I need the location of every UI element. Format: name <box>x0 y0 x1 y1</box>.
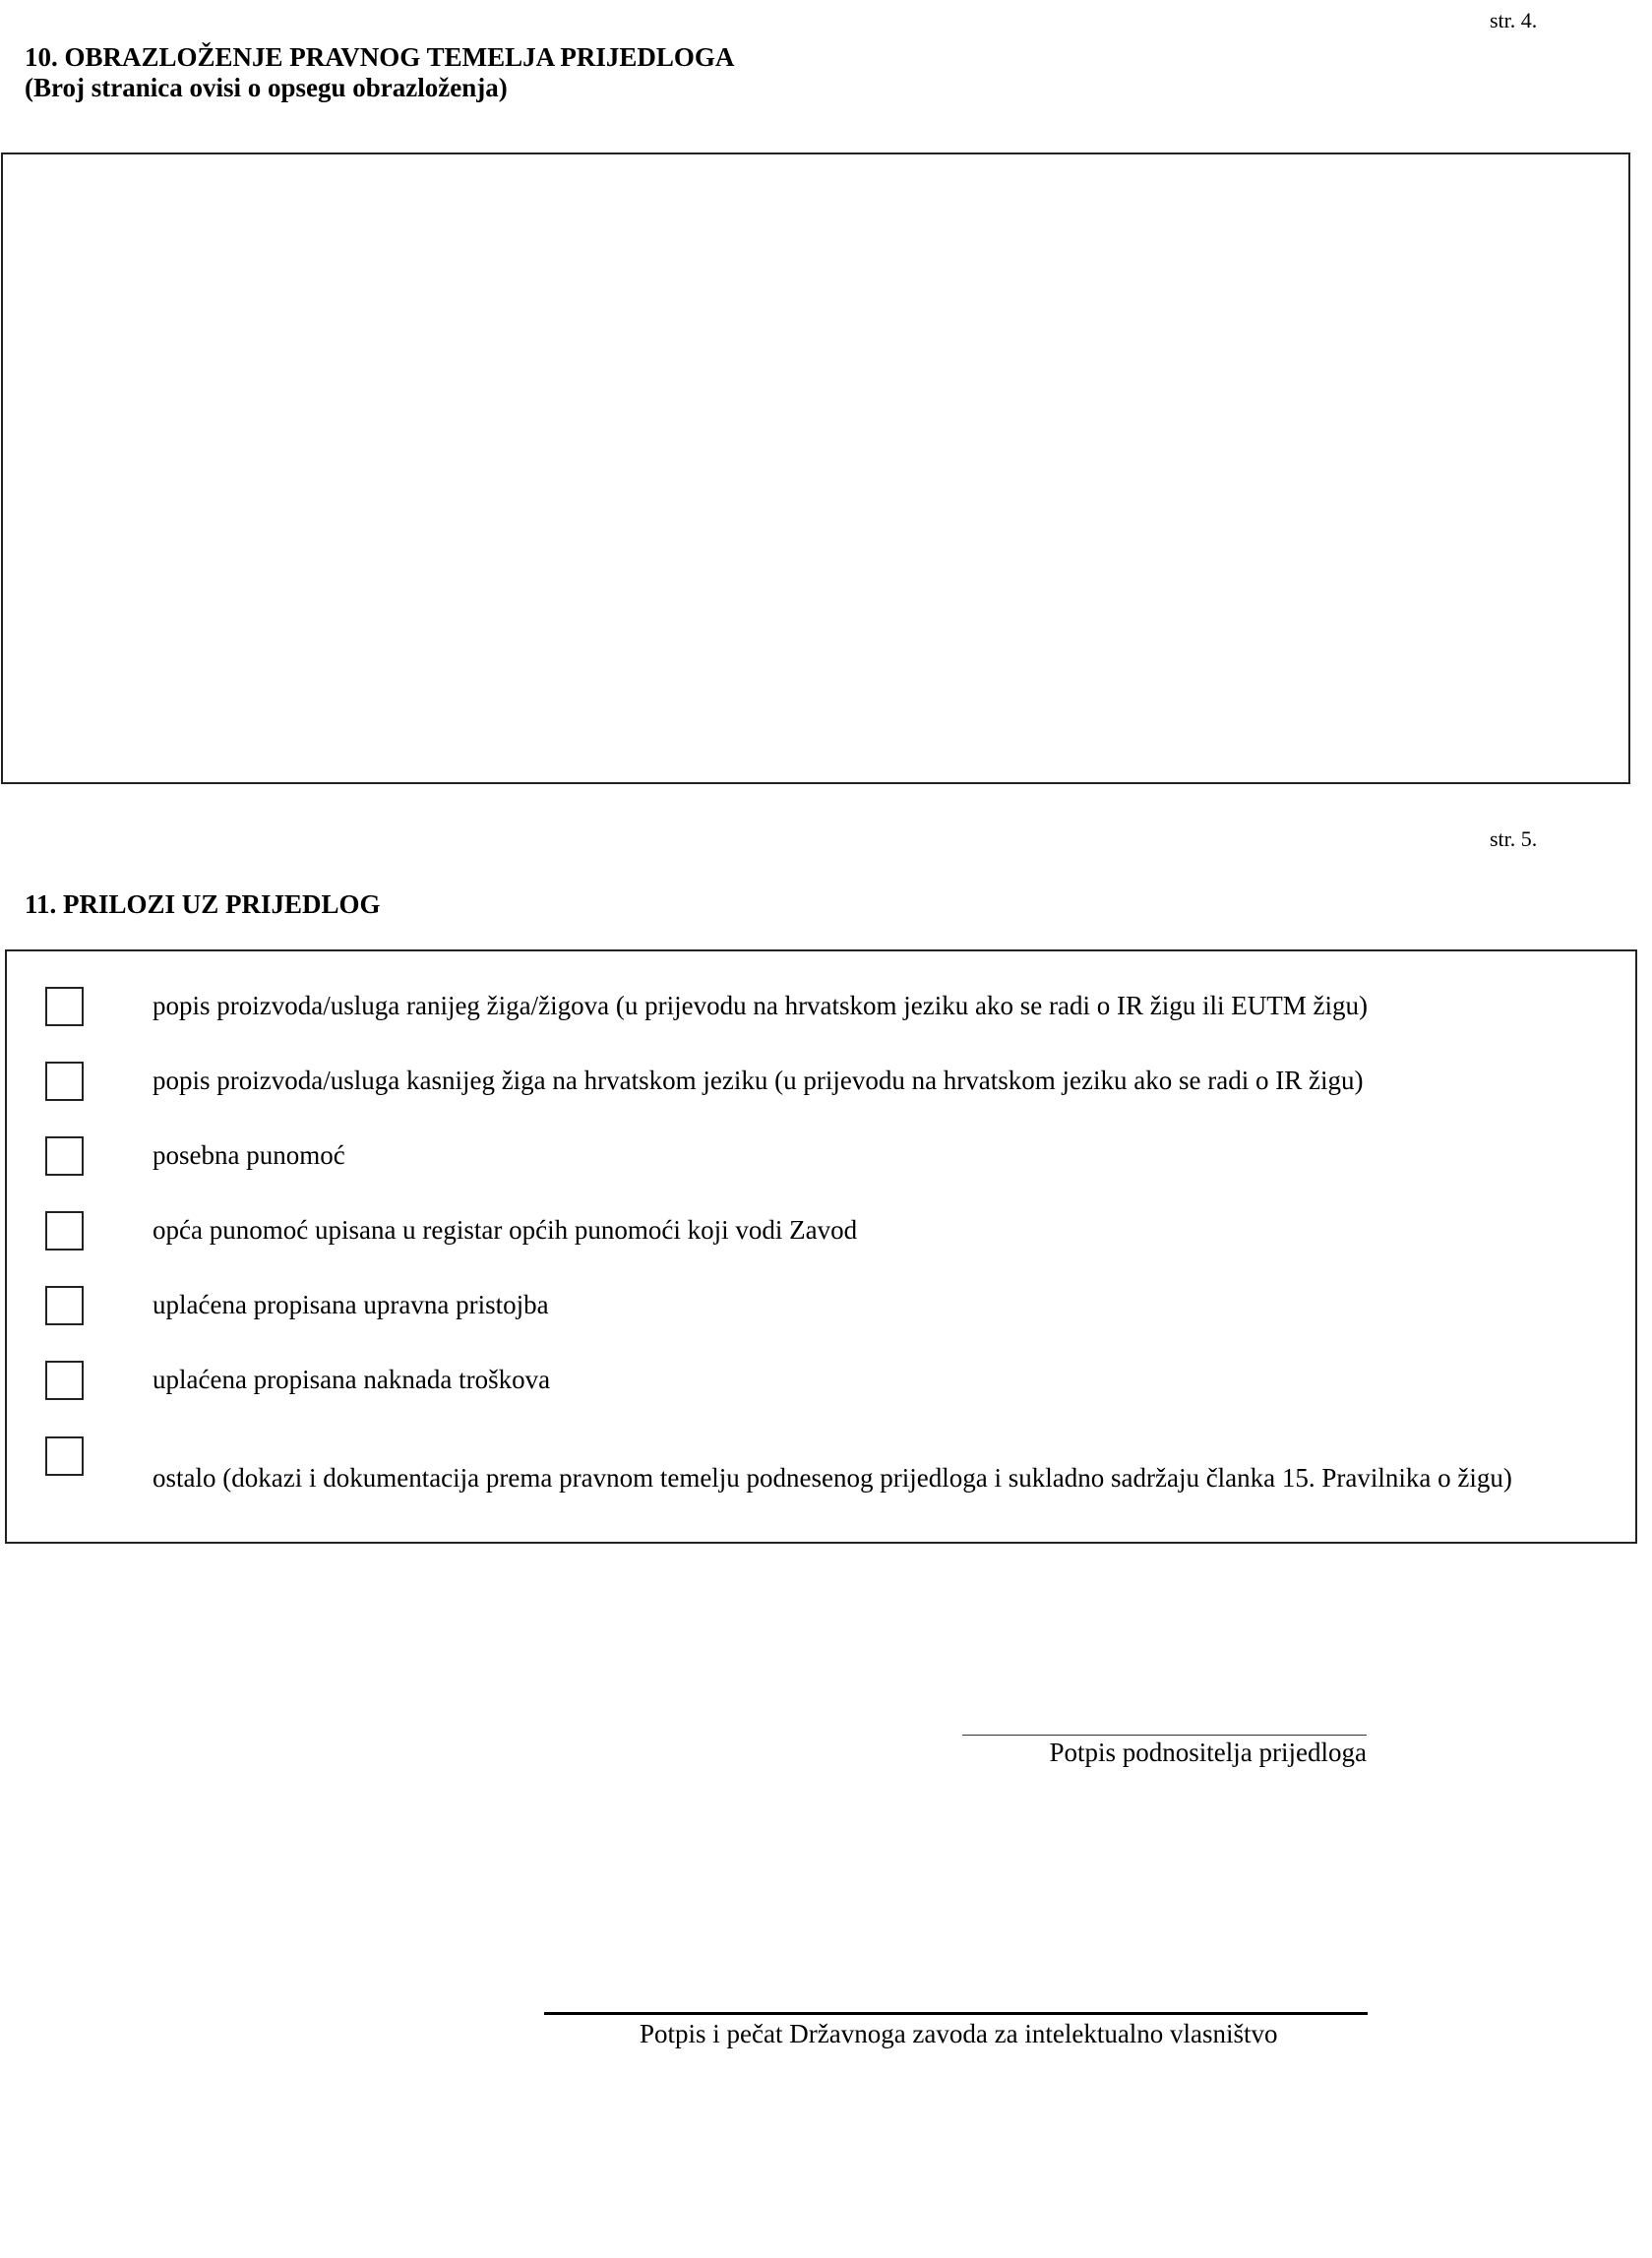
applicant-signature-label: Potpis podnositelja prijedloga <box>1050 1739 1367 1766</box>
page-number-5: str. 5. <box>1490 828 1537 850</box>
attachment-checkbox[interactable] <box>45 1286 84 1325</box>
attachment-label: uplaćena propisana upravna pristojba <box>153 1292 549 1318</box>
attachment-label: posebna punomoć <box>153 1142 345 1169</box>
office-signature-label: Potpis i pečat Državnoga zavoda za intel… <box>640 2021 1278 2047</box>
attachment-label: uplaćena propisana naknada troškova <box>153 1367 550 1393</box>
attachment-label: opća punomoć upisana u registar općih pu… <box>153 1217 857 1244</box>
attachment-checkbox[interactable] <box>45 1211 84 1251</box>
attachment-checkbox[interactable] <box>45 1062 84 1101</box>
office-signature-line[interactable] <box>544 2012 1368 2015</box>
section-10-subtitle: (Broj stranica ovisi o opsegu obrazložen… <box>25 75 508 101</box>
attachment-label: popis proizvoda/usluga ranijeg žiga/žigo… <box>153 993 1368 1019</box>
attachment-checkbox[interactable] <box>45 1436 84 1476</box>
attachment-label: popis proizvoda/usluga kasnijeg žiga na … <box>153 1068 1363 1094</box>
attachment-checkbox[interactable] <box>45 1361 84 1400</box>
attachment-checkbox[interactable] <box>45 987 84 1026</box>
legal-basis-explanation-field[interactable] <box>1 153 1630 784</box>
attachment-label: ostalo (dokazi i dokumentacija prema pra… <box>153 1465 1512 1492</box>
page-number-4: str. 4. <box>1490 10 1537 31</box>
attachments-box: popis proizvoda/usluga ranijeg žiga/žigo… <box>5 949 1637 1544</box>
section-11-title: 11. PRILOZI UZ PRIJEDLOG <box>25 891 381 918</box>
applicant-signature-line[interactable] <box>962 1735 1367 1736</box>
section-10-title: 10. OBRAZLOŽENJE PRAVNOG TEMELJA PRIJEDL… <box>25 44 734 71</box>
attachment-checkbox[interactable] <box>45 1136 84 1176</box>
